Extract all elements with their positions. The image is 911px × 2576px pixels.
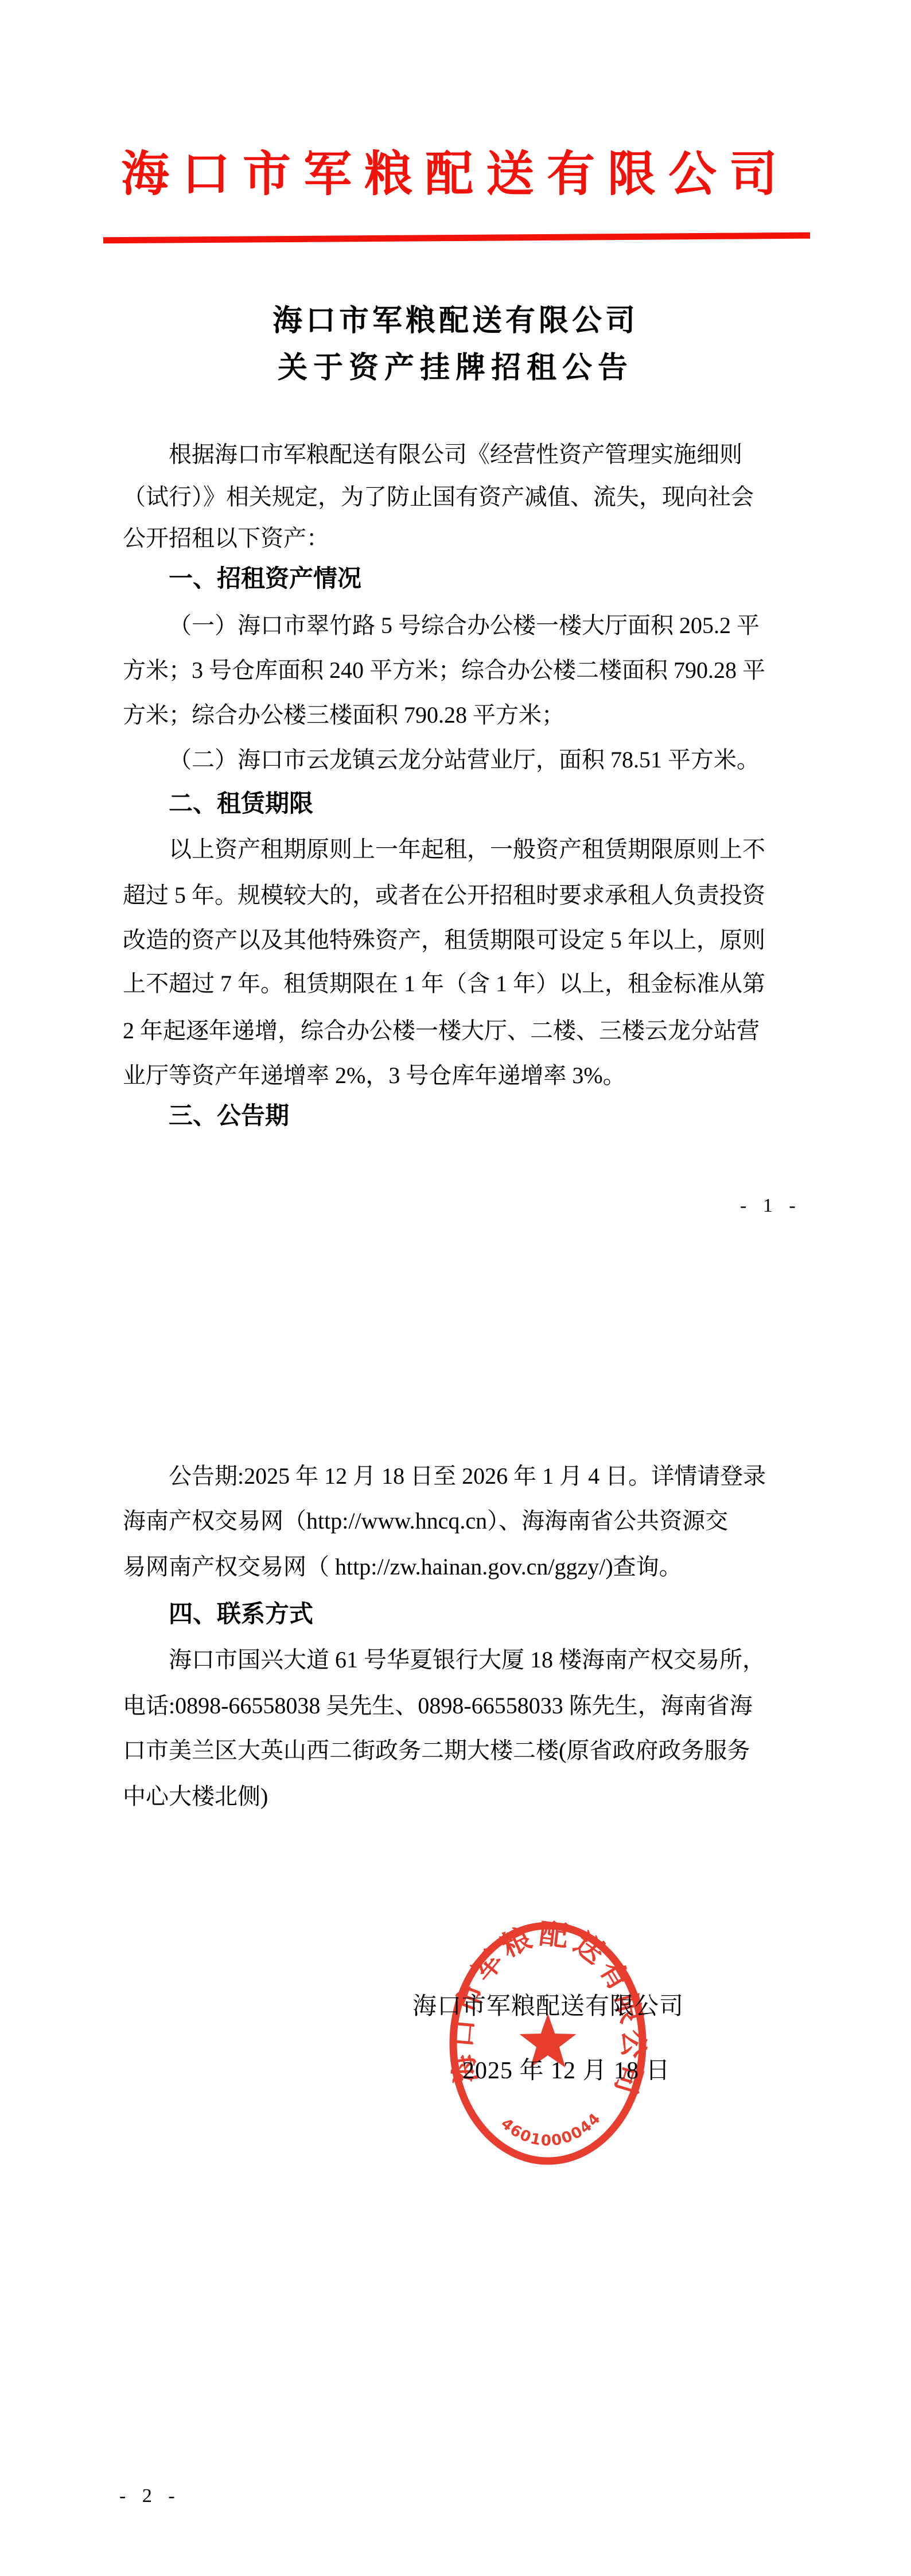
body-line: 业厅等资产年递增率 2%，3 号仓库年递增率 3%。	[123, 1060, 626, 1092]
body-line: （二）海口市云龙镇云龙分站营业厅，面积 78.51 平方米。	[169, 744, 760, 776]
doc-title-line2: 关于资产挂牌招租公告	[0, 343, 911, 386]
body-line: 方米；综合办公楼三楼面积 790.28 平方米；	[123, 699, 564, 731]
letterhead-divider	[103, 232, 810, 244]
company-letterhead: 海口市军粮配送有限公司	[0, 135, 911, 205]
body-line: 中心大楼北侧)	[123, 1780, 268, 1813]
section-heading-3: 三、公告期	[169, 1100, 289, 1132]
body-line: 根据海口市军粮配送有限公司《经营性资产管理实施细则	[169, 439, 742, 471]
announcement-document: 海口市军粮配送有限公司 海口市军粮配送有限公司 关于资产挂牌招租公告 根据海口市…	[0, 0, 911, 2576]
body-line: 易网南产权交易网（ http://zw.hainan.gov.cn/ggzy/)…	[123, 1551, 682, 1583]
body-line: 海南产权交易网（http://www.hncq.cn）、海海南省公共资源交	[123, 1505, 728, 1537]
body-line: 超过 5 年。规模较大的，或者在公开招租时要求承租人负责投资	[123, 879, 765, 911]
section-heading-4: 四、联系方式	[169, 1598, 313, 1630]
body-line: 以上资产租期原则上一年起租，一般资产租赁期限原则上不	[169, 833, 765, 866]
body-line: 方米；3 号仓库面积 240 平方米；综合办公楼二楼面积 790.28 平	[123, 654, 765, 686]
body-line: 电话:0898-66558038 吴先生、0898-66558033 陈先生，海…	[123, 1690, 753, 1722]
body-line: （一）海口市翠竹路 5 号综合办公楼一楼大厅面积 205.2 平	[169, 610, 760, 642]
body-line: 海口市国兴大道 61 号华夏银行大厦 18 楼海南产权交易所，	[169, 1644, 765, 1676]
body-line: 改造的资产以及其他特殊资产，租赁期限可设定 5 年以上，原则	[123, 924, 765, 956]
body-line: 公开招租以下资产：	[123, 522, 329, 554]
body-line: 口市美兰区大英山西二街政务二期大楼二楼(原省政府政务服务	[123, 1735, 750, 1767]
page-number-2: - 2 -	[119, 2485, 181, 2507]
body-line: 2 年起逐年递增，综合办公楼一楼大厅、二楼、三楼云龙分站营	[123, 1015, 760, 1047]
company-seal: 海口市军粮配送有限公司 4601000044609	[433, 1888, 663, 2198]
body-line: 公告期:2025 年 12 月 18 日至 2026 年 1 月 4 日。详情请…	[169, 1460, 766, 1492]
section-heading-1: 一、招租资产情况	[169, 562, 361, 595]
doc-title-line1: 海口市军粮配送有限公司	[0, 296, 911, 339]
page-number-1: - 1 -	[740, 1195, 801, 1217]
section-heading-2: 二、租赁期限	[169, 787, 313, 820]
signature-company: 海口市军粮配送有限公司	[412, 1987, 684, 2022]
signature-date: 2025 年 12 月 18 日	[462, 2051, 671, 2086]
body-line: 上不超过 7 年。租赁期限在 1 年（含 1 年）以上，租金标准从第	[123, 968, 765, 1000]
body-line: （试行）》相关规定，为了防止国有资产减值、流失，现向社会	[123, 481, 754, 513]
